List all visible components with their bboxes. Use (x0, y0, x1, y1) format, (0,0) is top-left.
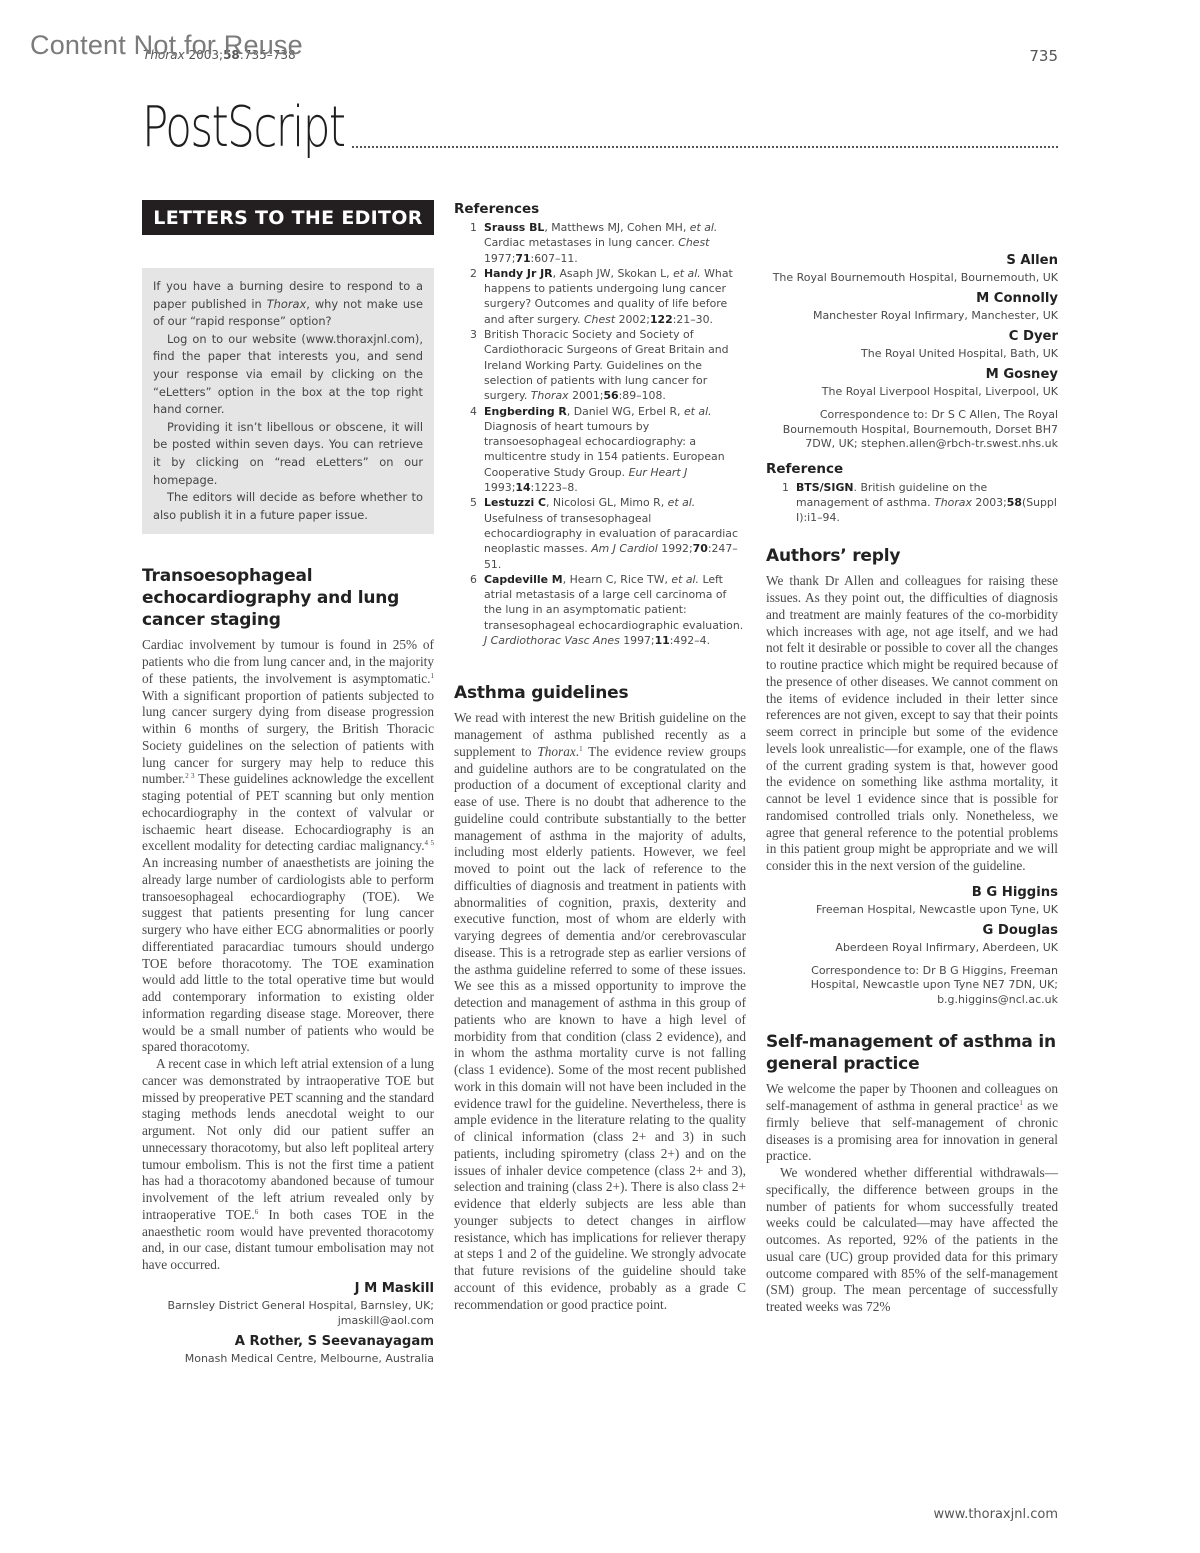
reference-item: 5Lestuzzi C, Nicolosi GL, Mimo R, et al.… (454, 495, 746, 571)
author-affiliation: Manchester Royal Infirmary, Manchester, … (766, 308, 1058, 323)
letter-body: We read with interest the new British gu… (454, 710, 746, 1313)
correspondence: Correspondence to: Dr S C Allen, The Roy… (766, 408, 1058, 452)
author-block: B G Higgins Freeman Hospital, Newcastle … (766, 884, 1058, 955)
author-name: A Rother, S Seevanayagam (142, 1333, 434, 1351)
correspondence: Correspondence to: Dr B G Higgins, Freem… (766, 964, 1058, 1008)
watermark: Content Not for Reuse (30, 30, 303, 61)
author-name: M Connolly (766, 290, 1058, 308)
author-affiliation: Monash Medical Centre, Melbourne, Austra… (142, 1351, 434, 1366)
reply-body: We thank Dr Allen and colleagues for rai… (766, 573, 1058, 875)
letter-title: Asthma guidelines (454, 682, 746, 704)
info-box: If you have a burning desire to respond … (142, 268, 434, 534)
column-2: References 1Srauss BL, Matthews MJ, Cohe… (454, 200, 746, 1313)
author-name: G Douglas (766, 922, 1058, 940)
letter-title: Transoesophageal echocardiography and lu… (142, 565, 434, 631)
author-block: J M Maskill Barnsley District General Ho… (142, 1280, 434, 1366)
author-name: C Dyer (766, 328, 1058, 346)
dotted-rule (352, 145, 1058, 148)
reference-item: 6Capdeville M, Hearn C, Rice TW, et al. … (454, 572, 746, 648)
author-email[interactable]: jmaskill@aol.com (338, 1314, 434, 1327)
column-1: LETTERS TO THE EDITOR If you have a burn… (142, 200, 434, 1371)
reference-heading: Reference (766, 460, 1058, 478)
author-name: S Allen (766, 252, 1058, 270)
author-affiliation: The Royal United Hospital, Bath, UK (766, 346, 1058, 361)
letter-body: Cardiac involvement by tumour is found i… (142, 637, 434, 1274)
reply-title: Authors’ reply (766, 545, 1058, 567)
author-affiliation: Barnsley District General Hospital, Barn… (142, 1298, 434, 1328)
author-block: S Allen The Royal Bournemouth Hospital, … (766, 252, 1058, 399)
author-name: M Gosney (766, 366, 1058, 384)
letters-banner: LETTERS TO THE EDITOR (142, 200, 434, 235)
letter-body: We welcome the paper by Thoonen and coll… (766, 1081, 1058, 1316)
author-name: J M Maskill (142, 1280, 434, 1298)
reference-list: 1Srauss BL, Matthews MJ, Cohen MH, et al… (454, 220, 746, 648)
masthead: PostScript (142, 86, 1058, 156)
references-heading: References (454, 200, 746, 218)
author-name: B G Higgins (766, 884, 1058, 902)
reference-item: 4Engberding R, Daniel WG, Erbel R, et al… (454, 404, 746, 496)
reference-item: 2Handy Jr JR, Asaph JW, Skokan L, et al.… (454, 266, 746, 327)
reference-item: 3British Thoracic Society and Society of… (454, 327, 746, 403)
footer-url[interactable]: www.thoraxjnl.com (934, 1507, 1059, 1522)
column-3: S Allen The Royal Bournemouth Hospital, … (766, 200, 1058, 1316)
reference-item: 1Srauss BL, Matthews MJ, Cohen MH, et al… (454, 220, 746, 266)
page-number: 735 (1029, 47, 1058, 65)
reference-item: 1BTS/SIGN. British guideline on the mana… (766, 480, 1058, 526)
author-affiliation: Freeman Hospital, Newcastle upon Tyne, U… (766, 902, 1058, 917)
section-title: PostScript (142, 100, 344, 156)
author-affiliation: The Royal Liverpool Hospital, Liverpool,… (766, 384, 1058, 399)
author-affiliation: The Royal Bournemouth Hospital, Bournemo… (766, 270, 1058, 285)
reference-list: 1BTS/SIGN. British guideline on the mana… (766, 480, 1058, 526)
author-affiliation: Aberdeen Royal Infirmary, Aberdeen, UK (766, 940, 1058, 955)
letter-title: Self-management of asthma in general pra… (766, 1031, 1058, 1075)
